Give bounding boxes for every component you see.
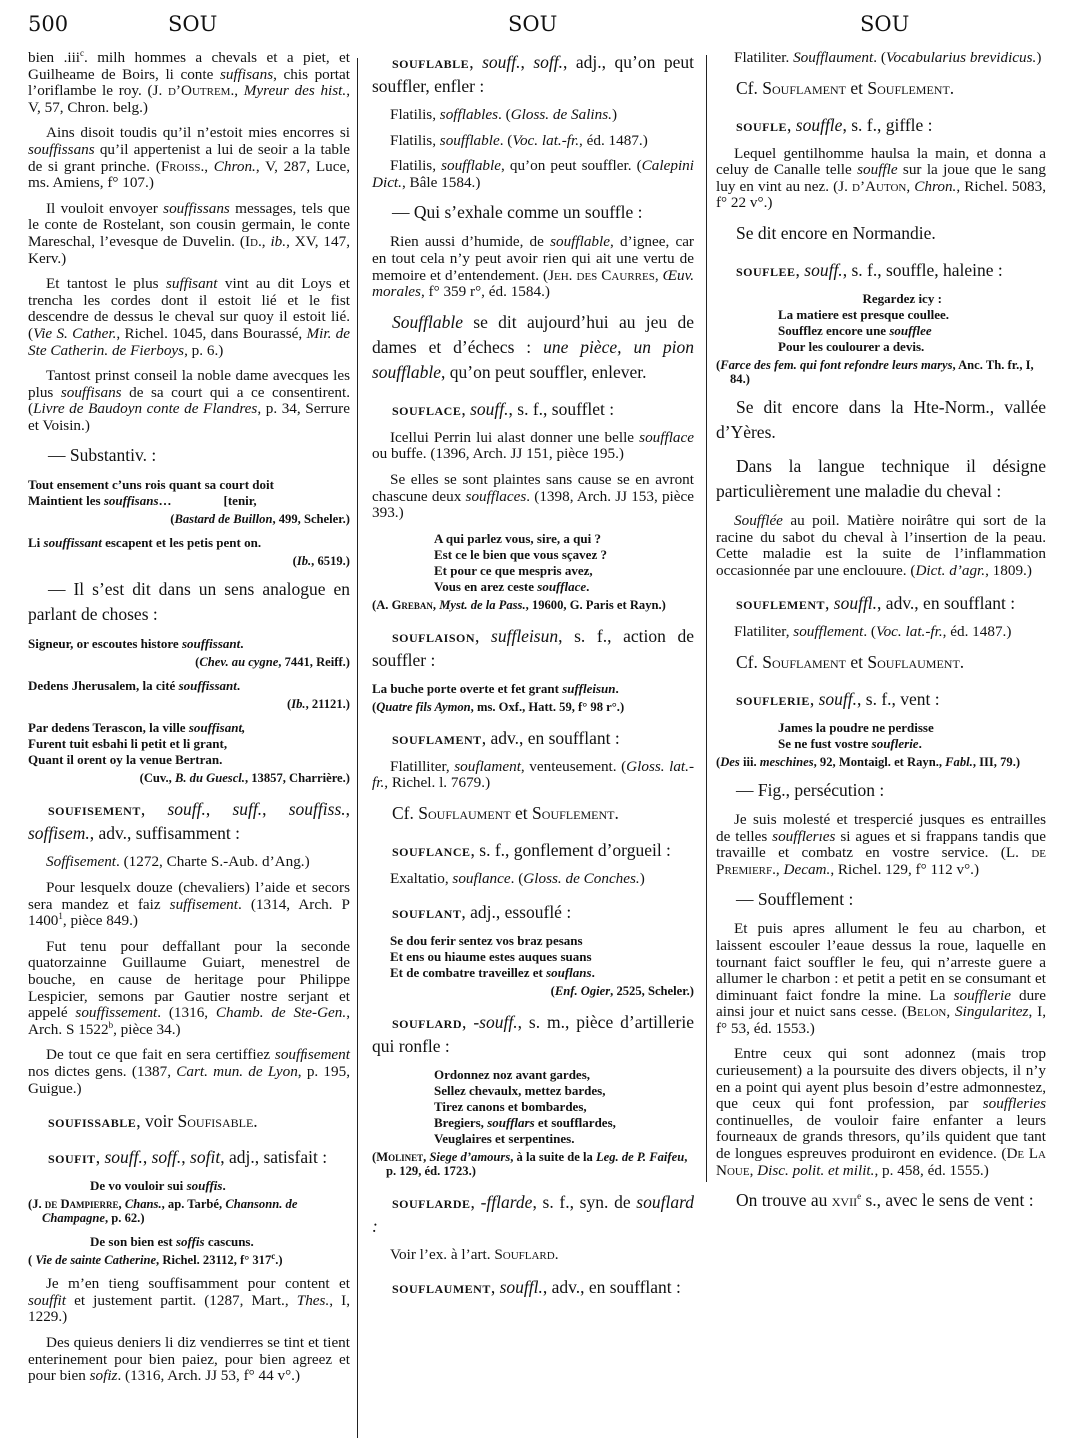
headword: SOUFLEE xyxy=(736,260,796,280)
headword: SOUFLERIE xyxy=(736,689,810,709)
small-caps-text: xvii xyxy=(832,1190,857,1210)
text-run: . ( xyxy=(873,49,886,66)
text-run: Maintient les xyxy=(28,493,104,508)
verse-line: Est ce le bien que vous sçavez ? xyxy=(434,547,694,563)
verse-quotation: Tout ensement c’uns rois quant sa court … xyxy=(28,477,350,509)
text-run: (J. xyxy=(28,1197,45,1211)
italic-text: Cart. mun. de Lyon xyxy=(176,1063,298,1080)
small-caps-text: Id. xyxy=(245,233,262,250)
text-run: s., avec le sens de vent : xyxy=(861,1190,1034,1210)
text-run: , III, 79.) xyxy=(973,755,1020,769)
definition-note: — Qui s’exhale comme un souffle : xyxy=(372,200,694,225)
italic-text: Singularitez xyxy=(955,1003,1028,1020)
text-run: , xyxy=(946,1003,955,1020)
italic-text: soufflee xyxy=(889,323,931,338)
headword: SOUFLANT xyxy=(392,902,461,922)
text-run: , xyxy=(787,115,796,135)
italic-text: Gloss. de Salins. xyxy=(511,106,612,123)
text-run: Tout ensement c’uns rois quant sa court … xyxy=(28,477,274,492)
example-paragraph: Rien aussi d’humide, de soufflable, d’ig… xyxy=(372,234,694,300)
verse-line: Et pour ce que mespris avez, xyxy=(434,563,694,579)
italic-text: souffleries xyxy=(983,1095,1046,1112)
italic-text: soufflable xyxy=(440,132,500,149)
text-run: Furent tuit esbahi li petit et li grant, xyxy=(28,736,227,751)
italic-text: souff. xyxy=(804,260,842,280)
text-run: , xyxy=(810,689,819,709)
text-run: , 2525, Scheler.) xyxy=(610,984,694,998)
headword: SOUFISSABLE xyxy=(48,1111,136,1131)
italic-text: B. du Guescl. xyxy=(175,771,245,785)
italic-text: Ib. xyxy=(291,697,305,711)
column-left: bien .iiic. milh hommes a chevals et a p… xyxy=(28,50,350,1440)
dictionary-entry-heading: SOUFLARD, -souff., s. m., pièce d’artill… xyxy=(372,1010,694,1058)
verse-quotation: La buche porte overte et fet grant suffl… xyxy=(372,681,694,697)
text-run: — Soufflement : xyxy=(736,889,853,909)
example-paragraph: Je m’en tieng souffisamment pour content… xyxy=(28,1276,350,1326)
text-run: (A. xyxy=(372,598,392,612)
small-caps-text: de Dampierre xyxy=(45,1197,119,1211)
text-run: Se dou ferir sentez vos braz pesans xyxy=(390,933,583,948)
text-run: Cf. xyxy=(392,803,418,823)
text-run: Et tantost le plus xyxy=(46,275,166,292)
definition-note: Dans la langue technique il désigne part… xyxy=(716,454,1046,504)
italic-text: Decam. xyxy=(784,861,831,878)
definition-note: Soufflable se dit aujourd’hui au jeu de … xyxy=(372,310,694,385)
text-run: Cf. xyxy=(736,78,762,98)
italic-text: Soffisement xyxy=(46,853,116,870)
text-run: , adj., essouflé : xyxy=(461,902,571,922)
italic-text: soufflace xyxy=(537,579,586,594)
text-run: Pour les coulourer a devis. xyxy=(778,339,924,354)
italic-text: suffleisun xyxy=(491,626,558,646)
text-run: Flatiliter. xyxy=(734,49,793,66)
verse-line: La matiere est presque coullee. xyxy=(778,307,1046,323)
text-run: Flatilliter, xyxy=(390,758,454,775)
verse-quotation: Signeur, or escoutes histore souffissant… xyxy=(28,636,350,652)
dictionary-entry-heading: SOUFLANCE, s. f., gonflement d’orgueil : xyxy=(372,838,694,862)
italic-text: Vocabularius brevidicus. xyxy=(886,49,1036,66)
small-caps-text: Greban xyxy=(392,598,433,612)
text-run: , xyxy=(461,399,470,419)
italic-text: soffisem. xyxy=(28,823,90,843)
text-run: — Fig., persécution : xyxy=(736,780,884,800)
text-run: , adj., satisfait : xyxy=(220,1147,327,1167)
example-paragraph: Flatilliter, souflament, venteusement. (… xyxy=(372,759,694,792)
page-number: 500 xyxy=(28,12,68,36)
text-run: ) xyxy=(640,870,645,887)
example-paragraph: Voir l’ex. à l’art. Souflard. xyxy=(372,1247,694,1264)
italic-text: Disc. polit. et milit. xyxy=(757,1162,874,1179)
running-head-left: SOU xyxy=(168,12,217,36)
dictionary-entry-heading: SOUFLANT, adj., essouflé : xyxy=(372,900,694,924)
verse-line: Dedens Jherusalem, la cité souffissant. xyxy=(28,678,350,694)
text-run: ) xyxy=(612,106,617,123)
text-run: , 1809.) xyxy=(985,562,1032,579)
dictionary-entry-heading: SOUFISEMENT, souff., suff., souffiss., s… xyxy=(28,797,350,845)
italic-text: souff. xyxy=(819,689,857,709)
text-run: .) xyxy=(275,1253,282,1267)
text-run: Bregiers, xyxy=(434,1115,487,1130)
small-caps-text: Souflard xyxy=(494,1246,554,1263)
text-run: , éd. 1487.) xyxy=(943,623,1012,640)
italic-text: suffisant xyxy=(166,275,217,292)
text-run: , p. 458, éd. 1555.) xyxy=(874,1162,988,1179)
text-run: La buche porte overte et fet grant xyxy=(372,681,562,696)
text-run: . ( xyxy=(498,106,511,123)
italic-text: sofflables xyxy=(440,106,498,123)
verse-quotation: Dedens Jherusalem, la cité souffissant. xyxy=(28,678,350,694)
italic-text: souff. xyxy=(470,399,508,419)
citation: (Des iii. meschines, 92, Montaigl. et Ra… xyxy=(716,755,1046,769)
italic-text: soufflaces xyxy=(466,488,527,505)
text-run: Se ne fust vostre xyxy=(778,736,872,751)
verse-line: De vo vouloir sui souffis. xyxy=(90,1178,350,1194)
verse-quotation: A qui parlez vous, sire, a qui ?Est ce l… xyxy=(372,531,694,595)
verse-line: Soufflez encore une soufflee xyxy=(778,323,1046,339)
small-caps-text: Souflaument xyxy=(418,803,510,823)
italic-text: Vie S. Cather. xyxy=(33,325,116,342)
italic-text: soufflars xyxy=(487,1115,534,1130)
example-paragraph: Flatilis, soufflable. (Voc. lat.-fr., éd… xyxy=(372,133,694,150)
text-run: , xyxy=(234,82,244,99)
example-paragraph: Il vouloit envoyer souffissans messages,… xyxy=(28,201,350,267)
italic-text: souffisant, xyxy=(189,720,245,735)
citation: (Molinet, Siege d’amours, à la suite de … xyxy=(372,1150,694,1178)
italic-text: souffle xyxy=(796,115,843,135)
text-run: , pièce 849.) xyxy=(63,912,138,929)
italic-text: souflerie xyxy=(872,736,919,751)
verse-quotation: Regardez icy :La matiere est presque cou… xyxy=(716,291,1046,355)
text-run: On trouve au xyxy=(736,1190,832,1210)
column-divider xyxy=(706,55,707,1182)
italic-text: Ib. xyxy=(297,554,311,568)
text-run: Signeur, or escoutes histore xyxy=(28,636,182,651)
text-run: — Qui s’exhale comme un souffle : xyxy=(392,202,642,222)
text-run: Veuglaires et serpentines. xyxy=(434,1131,574,1146)
verse-quotation: Se dou ferir sentez vos braz pesansEt en… xyxy=(372,933,694,981)
italic-text: soff. xyxy=(152,1147,182,1167)
text-run: — Substantiv. : xyxy=(48,445,156,465)
italic-text: soufﬁsement xyxy=(275,1046,350,1063)
italic-text: Des xyxy=(720,755,740,769)
example-paragraph: Icellui Perrin lui alast donner une bell… xyxy=(372,430,694,463)
italic-text: Chans. xyxy=(125,1197,162,1211)
verse-line: Maintient les souffisans… [tenir, xyxy=(28,493,350,509)
text-run: . (1316, Arch. JJ 53, f° 44 v°.) xyxy=(117,1367,300,1384)
italic-text: suffleisun xyxy=(562,681,615,696)
text-run: , s. f., soufflet : xyxy=(509,399,615,419)
text-run: . ( xyxy=(511,870,524,887)
text-run: Regardez icy : xyxy=(778,291,942,306)
italic-text: fflarde xyxy=(486,1192,532,1212)
text-run: Ains disoit toudis qu’il n’estoit mies e… xyxy=(46,124,350,141)
text-run: , xyxy=(262,799,289,819)
text-run: . (1272, Charte S.-Aub. d’Ang.) xyxy=(116,853,310,870)
small-caps-text: Souflement xyxy=(532,803,614,823)
text-run: iii. xyxy=(740,755,760,769)
text-run: , s. f., syn. de xyxy=(532,1192,636,1212)
verse-line: Signeur, or escoutes histore souffissant… xyxy=(28,636,350,652)
verse-line: Sellez chevaulx, mettez bardes, xyxy=(434,1083,694,1099)
text-run: . xyxy=(950,78,954,98)
verse-quotation: De son bien est soffis cascuns. xyxy=(28,1234,350,1250)
headword: SOUFLANCE xyxy=(392,840,471,860)
text-run: De vo vouloir sui xyxy=(90,1178,187,1193)
italic-text: souffis xyxy=(187,1178,223,1193)
verse-line: Quant il orent oy la venue Bertran. xyxy=(28,752,350,768)
italic-text: soufflerıes xyxy=(772,828,835,845)
text-run: , Richel. 129, f° 112 v°.) xyxy=(830,861,979,878)
verse-quotation: Li souffissant escapent et les petis pen… xyxy=(28,535,350,551)
text-run: Flatilis, xyxy=(390,106,440,123)
citation: (Farce des fem. qui font refondre leurs … xyxy=(716,358,1046,386)
text-run: et xyxy=(846,652,867,672)
text-run: … [tenir, xyxy=(159,493,257,508)
italic-text: souffl. xyxy=(834,593,877,613)
citation: (A. Greban, Myst. de la Pass., 19600, G.… xyxy=(372,598,694,612)
text-run: . ( xyxy=(500,132,513,149)
text-run: , xyxy=(143,1147,152,1167)
text-run: , éd. 1487.) xyxy=(579,132,648,149)
text-run: , xyxy=(206,799,233,819)
headword: SOUFLAMENT xyxy=(392,728,482,748)
text-run: , xyxy=(796,260,805,280)
text-run: Et pour ce que mespris avez, xyxy=(434,563,593,578)
italic-text: souffissement xyxy=(75,1004,157,1021)
italic-text: souflament xyxy=(454,758,521,775)
italic-text: soufflace xyxy=(639,429,694,446)
definition-note: On trouve au xviie s., avec le sens de v… xyxy=(716,1188,1046,1213)
text-run: et justement partit. (1287, Mart., xyxy=(66,1292,297,1309)
text-run: , 6519.) xyxy=(311,554,350,568)
text-run: , xyxy=(469,52,482,72)
text-run: Vous en arez ceste xyxy=(434,579,537,594)
verse-line: Veuglaires et serpentines. xyxy=(434,1131,694,1147)
text-run: continuelles, de vouloir faire enfanter … xyxy=(716,1112,1046,1162)
italic-text: Soufflée xyxy=(734,512,783,529)
text-run: Quant il orent oy la venue Bertran. xyxy=(28,752,222,767)
citation: (Chev. au cygne, 7441, Reiff.) xyxy=(28,655,350,669)
verse-line: Regardez icy : xyxy=(778,291,1046,307)
text-run: Rien aussi d’humide, de xyxy=(390,233,550,250)
verse-line: Se dou ferir sentez vos braz pesans xyxy=(390,933,694,949)
example-paragraph: Ains disoit toudis qu’il n’estoit mies e… xyxy=(28,125,350,191)
text-run: , xyxy=(141,799,168,819)
definition-note: Se dit encore dans la Hte-Norm., vallée … xyxy=(716,395,1046,445)
text-run: , xyxy=(204,158,214,175)
headword: SOUFLACE xyxy=(392,399,461,419)
small-caps-text: Molinet xyxy=(376,1150,423,1164)
text-run: , à la suite de la xyxy=(510,1150,596,1164)
running-head-right: SOU xyxy=(860,12,909,36)
citation: (Quatre fils Aymon, ms. Oxf., Hatt. 59, … xyxy=(372,700,694,714)
text-run: , adv., en soufflant : xyxy=(543,1277,681,1297)
verse-line: Se ne fust vostre souflerie. xyxy=(778,736,1046,752)
text-run: Et de combatre traveillez et xyxy=(390,965,546,980)
text-run: . xyxy=(586,579,589,594)
text-run: , xyxy=(181,1147,190,1167)
text-run: . xyxy=(960,652,964,672)
text-run: , xyxy=(491,1277,500,1297)
verse-line: James la poudre ne perdisse xyxy=(778,720,1046,736)
italic-text: Enf. Ogier xyxy=(555,984,610,998)
italic-text: souff. xyxy=(104,1147,142,1167)
text-run: , s. f., giffle : xyxy=(842,115,932,135)
headword: SOUFIT xyxy=(48,1147,96,1167)
definition-note: — Il s’est dit dans un sens analogue en … xyxy=(28,577,350,627)
italic-text: suff. xyxy=(232,799,262,819)
text-run: bien .iii xyxy=(28,49,80,66)
dictionary-entry-heading: SOUFLABLE, souff., soff., adj., qu’on pe… xyxy=(372,50,694,98)
verse-quotation: De vo vouloir sui souffis. xyxy=(28,1178,350,1194)
headword: SOUFLABLE xyxy=(392,52,469,72)
text-run: Soufflez encore une xyxy=(778,323,889,338)
italic-text: soufflable xyxy=(441,157,501,174)
text-run: , ap. Tarbé, xyxy=(162,1197,226,1211)
text-run: , 13857, Charrière.) xyxy=(245,771,350,785)
text-run: , p. 6.) xyxy=(184,342,223,359)
verse-quotation: James la poudre ne perdisseSe ne fust vo… xyxy=(716,720,1046,752)
verse-line: Furent tuit esbahi li petit et li grant, xyxy=(28,736,350,752)
text-run: , 19600, G. Paris et Rayn.) xyxy=(526,598,666,612)
example-paragraph: Tantost prinst conseil la noble dame ave… xyxy=(28,368,350,434)
citation: (Cuv., B. du Guescl., 13857, Charrière.) xyxy=(28,771,350,785)
italic-text: soff. xyxy=(533,52,563,72)
text-run: . xyxy=(614,803,618,823)
text-run: Et ens ou hiaume estes auques suans xyxy=(390,949,592,964)
text-run: Dans la langue technique il désigne part… xyxy=(716,456,1046,501)
verse-line: Pour les coulourer a devis. xyxy=(778,339,1046,355)
small-caps-text: Jeh. des Caurres xyxy=(548,267,655,284)
italic-text: Farce des fem. qui font refondre leurs m… xyxy=(720,358,952,372)
italic-text: soufflerie xyxy=(954,987,1011,1004)
dictionary-entry-heading: SOUFLEMENT, souffl., adv., en soufflant … xyxy=(716,591,1046,615)
text-run: , Richel. l. 7679.) xyxy=(384,774,490,791)
small-caps-text: d’Auton xyxy=(852,178,906,195)
italic-text: soufflable xyxy=(550,233,610,250)
dictionary-entry-heading: SOUFLAUMENT, souffl., adv., en soufflant… xyxy=(372,1275,694,1299)
text-run: La matiere est presque coullee. xyxy=(778,307,949,322)
text-run: , 499, Scheler.) xyxy=(272,512,350,526)
text-run: , xyxy=(776,861,784,878)
text-run: , Bâle 1584.) xyxy=(402,174,480,191)
text-run: Voir l’ex. à l’art. xyxy=(390,1246,494,1263)
verse-line: Li souffissant escapent et les petis pen… xyxy=(28,535,350,551)
italic-text: Chev. au cygne xyxy=(199,655,278,669)
text-run: escapent et les petis pent on. xyxy=(102,535,261,550)
italic-text: souffl. xyxy=(500,1277,543,1297)
text-run: Ordonnez noz avant gardes, xyxy=(434,1067,590,1082)
italic-text: souffissant xyxy=(182,636,240,651)
verse-line: Tout ensement c’uns rois quant sa court … xyxy=(28,477,350,493)
example-paragraph: De tout ce que fait en sera certiffiez s… xyxy=(28,1047,350,1097)
italic-text: Thes. xyxy=(297,1292,330,1309)
text-run: ou buffe. (1396, Arch. JJ 151, pièce 195… xyxy=(372,445,624,462)
dictionary-entry-heading: SOUFIT, souff., soff., sofit, adj., sati… xyxy=(28,1145,350,1169)
text-run: Dedens Jherusalem, la cité xyxy=(28,678,179,693)
verse-line: De son bien est soffis cascuns. xyxy=(90,1234,350,1250)
dictionary-entry-heading: SOUFLAMENT, adv., en soufflant : xyxy=(372,726,694,750)
dictionary-entry-heading: SOUFLEE, souff., s. f., souffle, haleine… xyxy=(716,258,1046,282)
italic-text: Quatre fils Aymon xyxy=(376,700,470,714)
text-run: , voir xyxy=(136,1111,177,1131)
verse-line: La buche porte overte et fet grant suffl… xyxy=(372,681,694,697)
text-run: , adv., suffisamment : xyxy=(90,823,240,843)
definition-note: Se dit encore en Normandie. xyxy=(716,221,1046,246)
italic-text: Fabl. xyxy=(945,755,973,769)
text-run: Se dit encore dans la Hte-Norm., vallée … xyxy=(716,397,1046,442)
headword: SOUFLAUMENT xyxy=(392,1277,491,1297)
text-run: . xyxy=(592,965,595,980)
text-run: , Richel. 1045, dans Bourassé, xyxy=(116,325,306,342)
italic-text: soffis xyxy=(176,1234,205,1249)
text-run: , adv., en soufflant : xyxy=(877,593,1015,613)
headword: SOUFISEMENT xyxy=(48,799,141,819)
italic-text: Siege d’amours xyxy=(429,1150,510,1164)
verse-line: A qui parlez vous, sire, a qui ? xyxy=(434,531,694,547)
example-paragraph: Flatiliter, soufflement. (Voc. lat.-fr.,… xyxy=(716,624,1046,641)
text-run: Tirez canons et bombardes, xyxy=(434,1099,587,1114)
dictionary-entry-heading: SOUFLAISON, suffleisun, s. f., action de… xyxy=(372,624,694,672)
text-run: Exaltatio, xyxy=(390,870,452,887)
text-run: De son bien est xyxy=(90,1234,176,1249)
verse-line: Tirez canons et bombardes, xyxy=(434,1099,694,1115)
text-run: , xyxy=(346,799,350,819)
text-run: . xyxy=(222,1178,225,1193)
text-run: , - xyxy=(471,1192,487,1212)
verse-line: Et ens ou hiaume estes auques suans xyxy=(390,949,694,965)
definition-note: Cf. Souflaument et Souflement. xyxy=(372,801,694,826)
headword: SOUFLEMENT xyxy=(736,593,825,613)
verse-line: Ordonnez noz avant gardes, xyxy=(434,1067,694,1083)
italic-text: souffissant xyxy=(44,535,102,550)
italic-text: souffissans xyxy=(28,141,95,158)
example-paragraph: Et puis apres allument le feu au charbon… xyxy=(716,921,1046,1037)
citation: (J. de Dampierre, Chans., ap. Tarbé, Cha… xyxy=(28,1197,350,1225)
italic-text: souff. xyxy=(482,52,520,72)
headword: SOUFLE xyxy=(736,115,787,135)
italic-text: Chron. xyxy=(914,178,956,195)
verse-quotation: Ordonnez noz avant gardes,Sellez chevaul… xyxy=(372,1067,694,1147)
italic-text: souffle xyxy=(857,161,898,178)
example-paragraph: Se elles se sont plaintes sans cause se … xyxy=(372,472,694,522)
italic-text: sofit xyxy=(190,1147,220,1167)
small-caps-text: d’Outrem. xyxy=(168,82,234,99)
italic-text: Vie de sainte Catherine xyxy=(35,1253,156,1267)
text-run: , adv., en soufflant : xyxy=(482,728,620,748)
italic-text: Soufflable xyxy=(392,312,463,332)
italic-text: Chamb. de Ste-Gen. xyxy=(216,1004,346,1021)
italic-text: souflance xyxy=(452,870,510,887)
text-run: . xyxy=(237,678,240,693)
text-run: Est ce le bien que vous sçavez ? xyxy=(434,547,607,562)
text-run: , venteusement. ( xyxy=(521,758,626,775)
text-run: Li xyxy=(28,535,44,550)
example-paragraph: Des quieus deniers li diz vendierres se … xyxy=(28,1335,350,1385)
text-run: Icellui Perrin lui alast donner une bell… xyxy=(390,429,639,446)
small-caps-text: Soufisable xyxy=(178,1111,254,1131)
column-middle: SOUFLABLE, souff., soff., adj., qu’on pe… xyxy=(372,50,694,1440)
italic-text: Dict. d’agr. xyxy=(915,562,985,579)
text-run: , xyxy=(475,626,491,646)
text-run: Par dedens Terascon, la ville xyxy=(28,720,189,735)
headword: SOUFLARDE xyxy=(392,1192,471,1212)
citation: (Ib., 21121.) xyxy=(28,697,350,711)
example-paragraph: bien .iiic. milh hommes a chevals et a p… xyxy=(28,50,350,116)
italic-text: sofiz xyxy=(90,1367,118,1384)
dictionary-entry-heading: SOUFLACE, souff., s. f., soufflet : xyxy=(372,397,694,421)
text-run: Flatilis, xyxy=(390,157,441,174)
